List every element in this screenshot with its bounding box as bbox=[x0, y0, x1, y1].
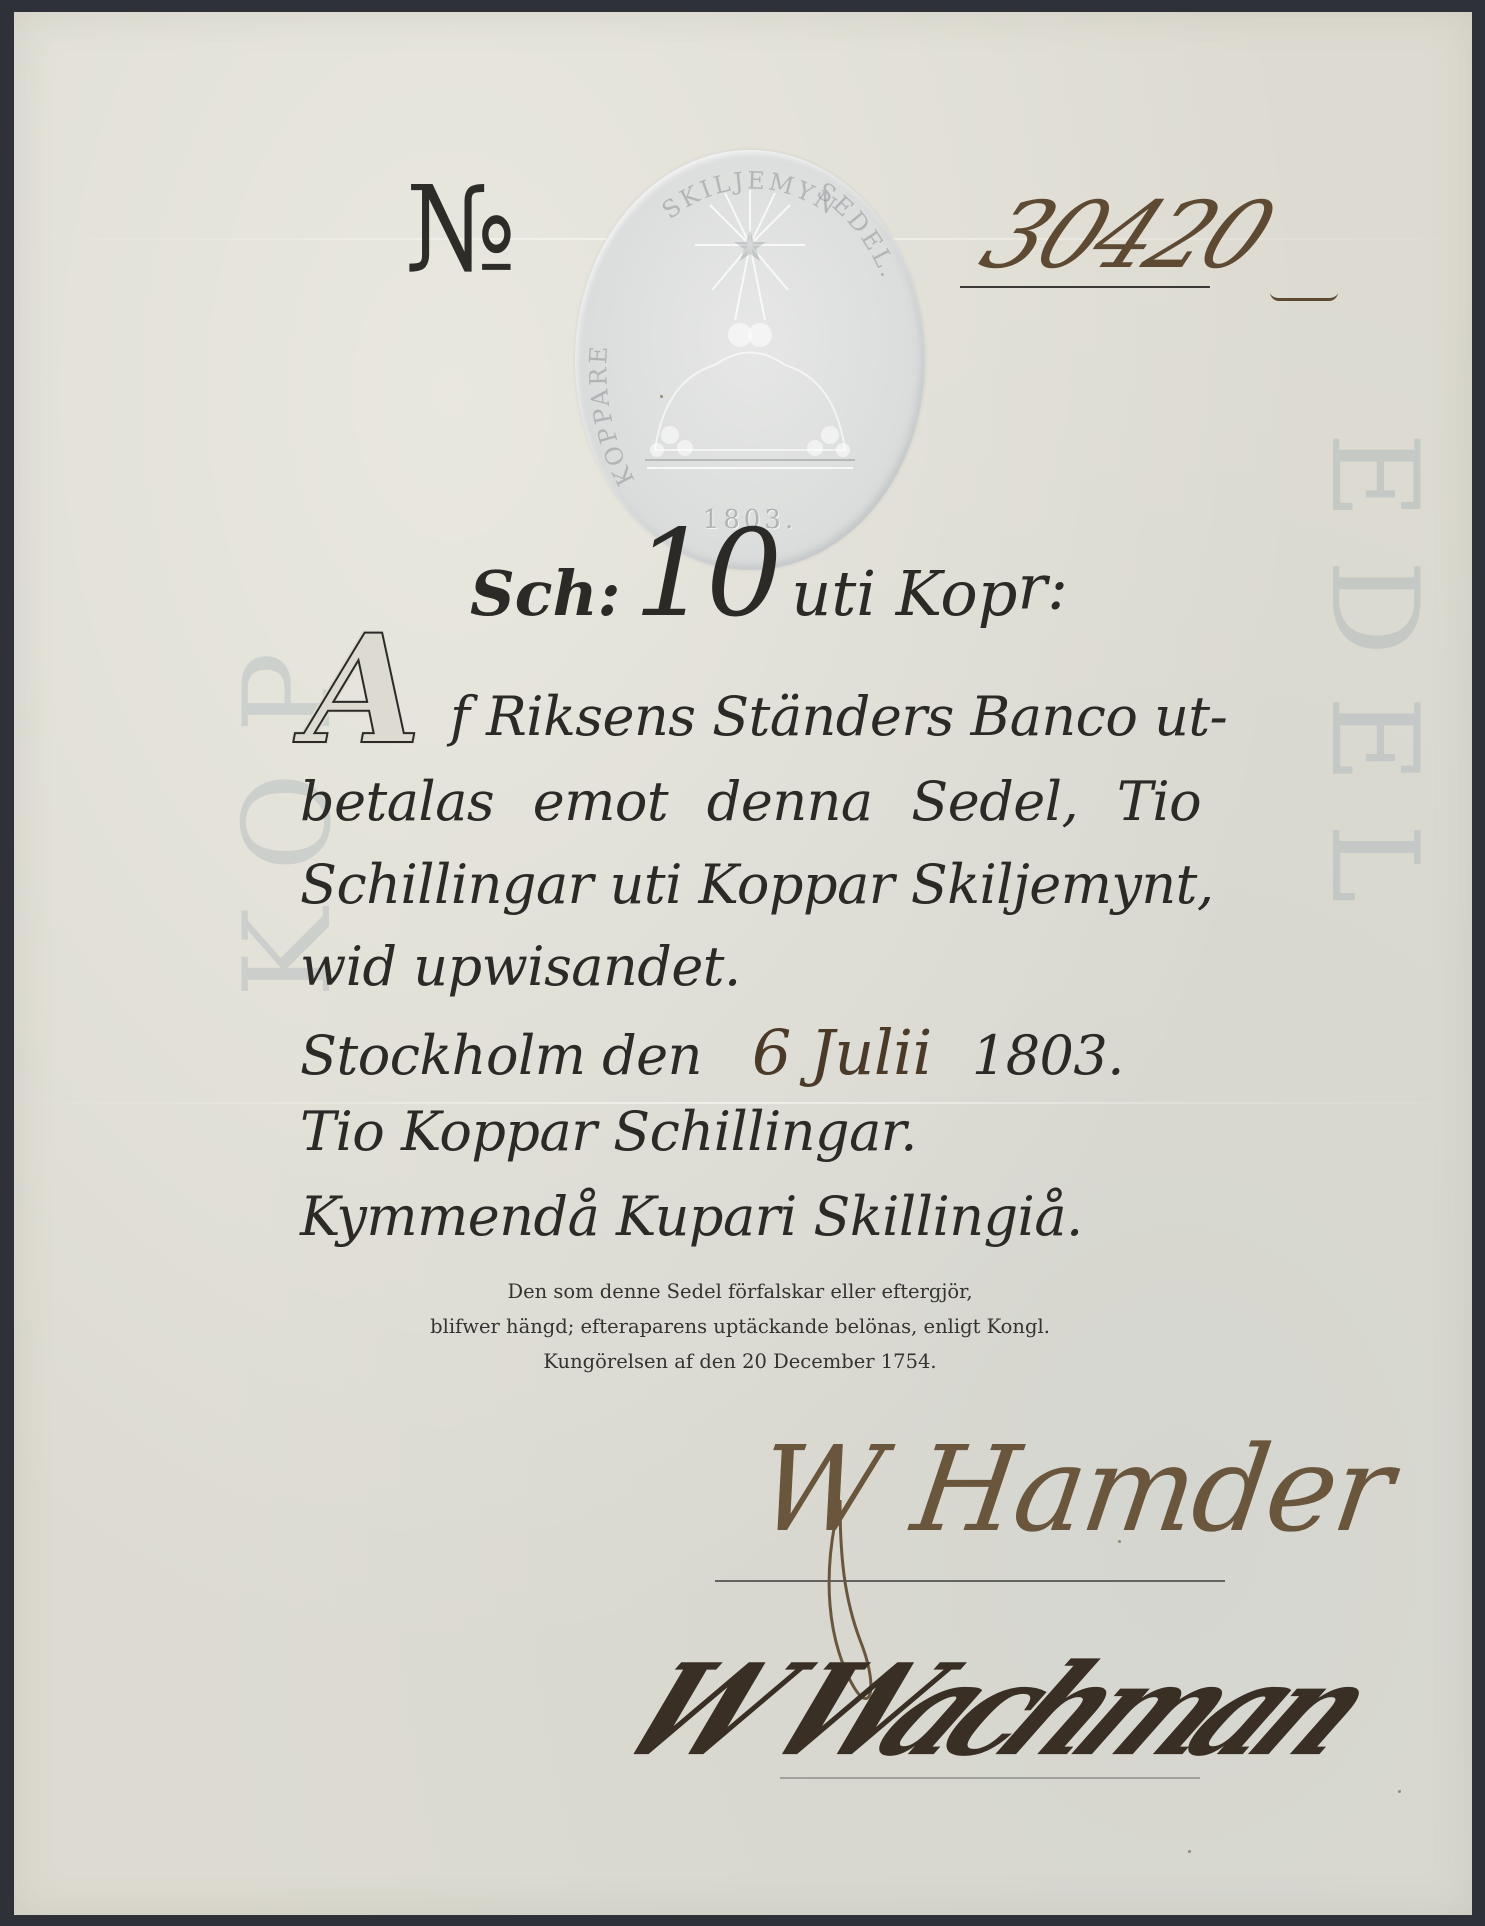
seal-text-left: KOPPARE bbox=[584, 343, 640, 491]
issue-year: 1803. bbox=[972, 1024, 1124, 1087]
signature-2: W Wachman bbox=[588, 1636, 1397, 1784]
ink-speck bbox=[1188, 1850, 1191, 1853]
number-sign: № bbox=[405, 170, 517, 288]
svg-text:KOPPARE: KOPPARE bbox=[584, 343, 640, 491]
seal-text-right: SEDEL. bbox=[812, 177, 905, 284]
fine-print-line-1: Den som denne Sedel förfalskar eller eft… bbox=[390, 1280, 1090, 1303]
handwritten-date: 6 Julii bbox=[752, 1016, 932, 1089]
seal-text-top: SKILJEMYNTS bbox=[575, 150, 844, 225]
body-line-1: f Riksens Ständers Banco ut- bbox=[450, 690, 1227, 744]
denomination-prefix: Sch: bbox=[470, 557, 621, 630]
svg-text:SEDEL.: SEDEL. bbox=[812, 177, 905, 284]
denomination-value: 10 bbox=[634, 505, 779, 644]
ink-speck bbox=[1118, 1540, 1121, 1543]
amount-swedish: Tio Koppar Schillingar. bbox=[300, 1105, 917, 1159]
serial-underline bbox=[960, 286, 1210, 288]
watermark-right: EDEL bbox=[1304, 432, 1443, 943]
body-line-4: wid upwisandet. bbox=[300, 940, 741, 994]
body-line-3: Schillingar uti Koppar Skiljemynt, bbox=[300, 858, 1214, 912]
ink-speck bbox=[1398, 1790, 1401, 1793]
svg-text:SKILJEMYNTS: SKILJEMYNTS bbox=[575, 150, 844, 225]
signature-line-1 bbox=[715, 1580, 1225, 1582]
body-line-2: betalas emot denna Sedel, Tio bbox=[300, 775, 1201, 829]
fine-print-line-2: blifwer hängd; efteraparens uptäckande b… bbox=[380, 1315, 1100, 1338]
denomination-suffix-sup: r: bbox=[1017, 551, 1068, 624]
ink-speck bbox=[660, 395, 663, 398]
decorative-initial: A bbox=[305, 615, 421, 765]
denomination-suffix: uti Kop bbox=[791, 557, 1017, 630]
place-date-line: Stockholm den6 Julii1803. bbox=[300, 1022, 1124, 1084]
serial-flourish bbox=[1270, 292, 1338, 301]
serial-number: 30420 bbox=[969, 190, 1285, 282]
fine-print-line-3: Kungörelsen af den 20 December 1754. bbox=[390, 1350, 1090, 1373]
denomination-heading: Sch: 10 uti Kopr: bbox=[470, 505, 1068, 644]
signature-1: W Hamder bbox=[750, 1420, 1399, 1558]
place-prefix: Stockholm den bbox=[300, 1024, 702, 1087]
amount-finnish: Kymmendå Kupari Skillingiå. bbox=[300, 1190, 1083, 1244]
